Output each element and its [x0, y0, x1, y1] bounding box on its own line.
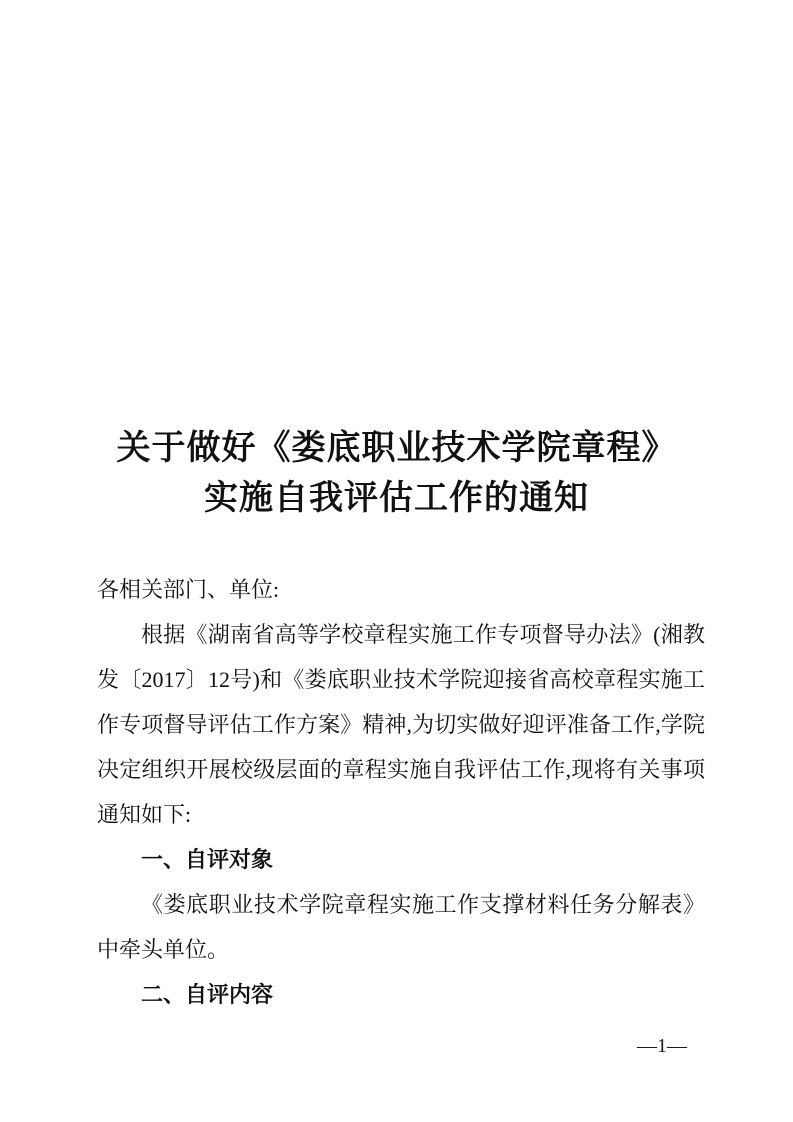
- title-line-2: 实施自我评估工作的通知: [0, 474, 793, 524]
- section-heading: 二、自评内容: [97, 972, 705, 1017]
- salutation: 各相关部门、单位:: [97, 567, 705, 612]
- document-page: 关于做好《娄底职业技术学院章程》 实施自我评估工作的通知 各相关部门、单位:根据…: [0, 0, 793, 1122]
- document-title: 关于做好《娄底职业技术学院章程》 实施自我评估工作的通知: [0, 0, 793, 524]
- body-paragraph: 《娄底职业技术学院章程实施工作支撑材料任务分解表》中牵头单位。: [97, 882, 705, 972]
- section-heading: 一、自评对象: [97, 837, 705, 882]
- document-body: 各相关部门、单位:根据《湖南省高等学校章程实施工作专项督导办法》(湘教发〔201…: [0, 567, 793, 1017]
- page-number: —1—: [637, 1034, 687, 1058]
- title-line-1: 关于做好《娄底职业技术学院章程》: [0, 424, 793, 474]
- body-paragraph: 根据《湖南省高等学校章程实施工作专项督导办法》(湘教发〔2017〕12号)和《娄…: [97, 612, 705, 837]
